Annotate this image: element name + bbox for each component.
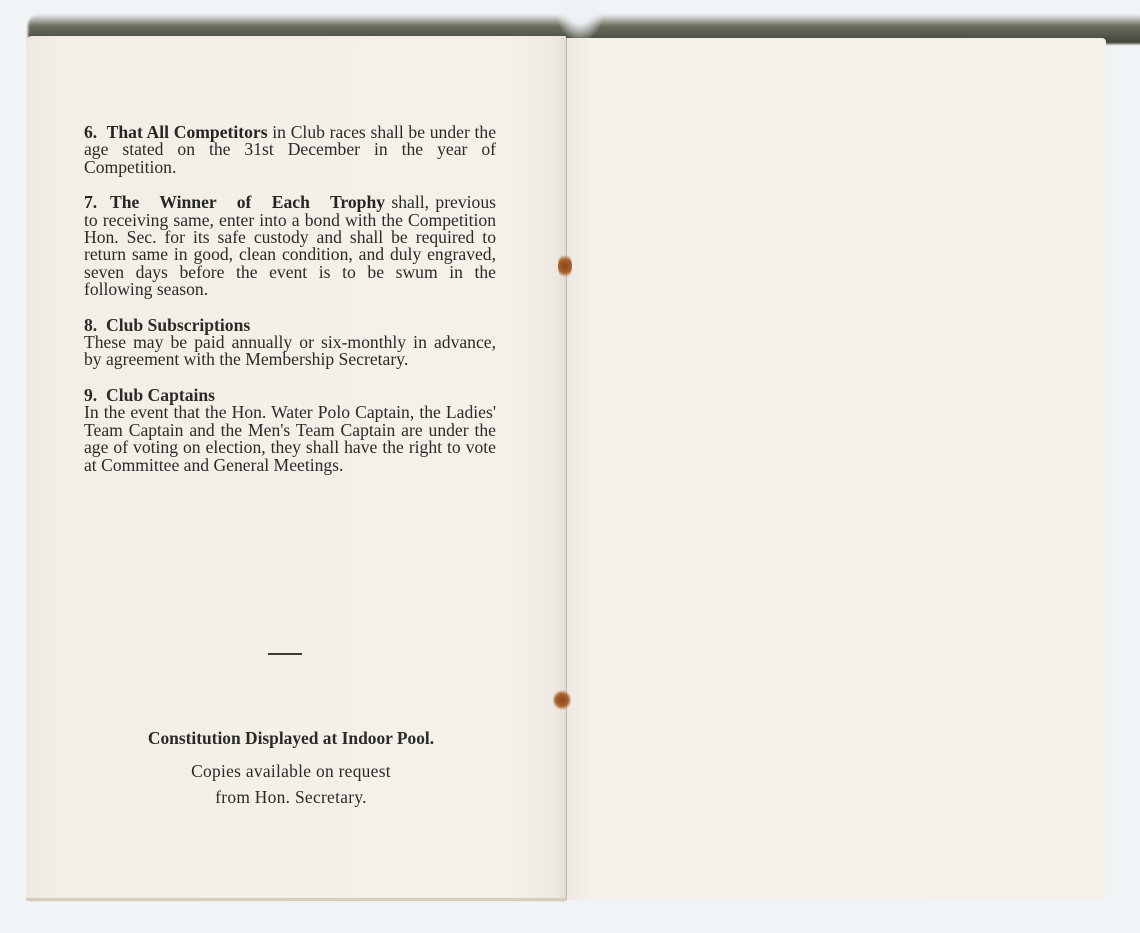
clause-body: In the event that the Hon. Water Polo Ca… <box>84 402 496 474</box>
section-divider <box>268 653 302 655</box>
cover-spine-gap <box>555 0 605 40</box>
rust-staple-stain-top <box>558 253 572 279</box>
clause-7: 7. The Winner of Each Trophy shall, prev… <box>84 194 496 298</box>
scanned-booklet: 6. That All Competitors in Club races sh… <box>0 0 1140 933</box>
notice-title: Constitution Displayed at Indoor Pool. <box>96 728 486 748</box>
rust-staple-stain-bottom <box>553 690 571 710</box>
right-page <box>566 38 1106 900</box>
clause-6: 6. That All Competitors in Club races sh… <box>84 124 496 176</box>
notice-line-1: Copies available on request <box>96 758 486 784</box>
clause-8: 8. Club Subscriptions These may be paid … <box>84 317 496 369</box>
clause-9: 9. Club Captains In the event that the H… <box>84 387 496 474</box>
constitution-notice: Constitution Displayed at Indoor Pool. C… <box>96 728 486 810</box>
clause-body: These may be paid annually or six-monthl… <box>84 332 496 369</box>
binding-gutter <box>566 38 567 900</box>
left-page-bottom-edge <box>26 898 566 901</box>
constitution-clauses: 6. That All Competitors in Club races sh… <box>84 124 496 492</box>
notice-line-2: from Hon. Secretary. <box>96 784 486 810</box>
